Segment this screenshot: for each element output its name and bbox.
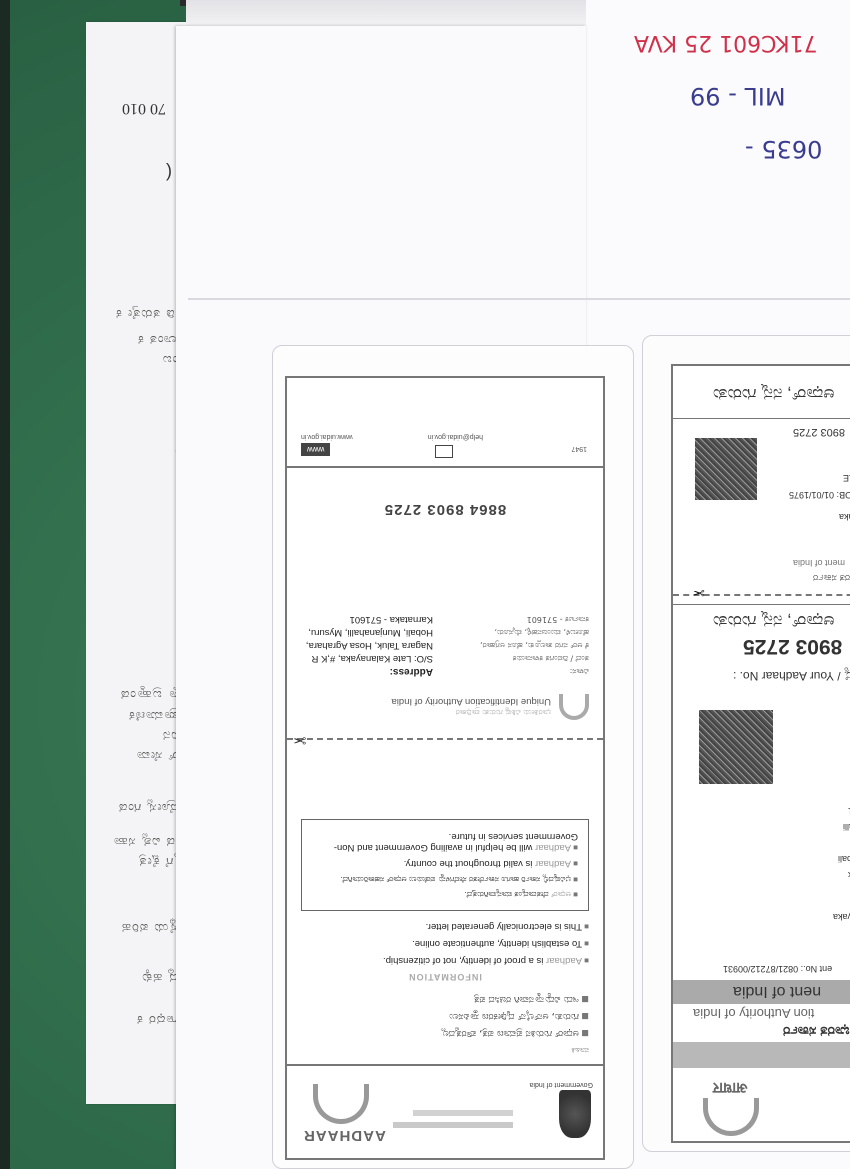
address-label-kannada: ವಿಳಾಸ: — [449, 665, 589, 678]
uidai-kannada: ಭಾರತೀಯ ವಿಶಿಷ್ಟ ಗುರುತು ಪ್ರಾಧಿಕಾರ — [392, 708, 552, 718]
govt-label: Government of India — [530, 1081, 593, 1088]
paper-fold-line — [188, 298, 850, 300]
bullet-text: is valid throughout the country. — [404, 858, 535, 869]
header-bar — [413, 1110, 513, 1116]
aadhaar-letter: Government of India AADHAAR ಮಾಹಿತಿ ಆಧಾರ್… — [272, 345, 634, 1169]
address-line: S/O: Late Kalanayaka, #,K R — [293, 652, 433, 665]
info-bullet: This is electronically generated letter. — [301, 921, 589, 932]
address-line: ತಂದೆ / ದಿವಂಗತ ಕಳಾನಾಯಕ — [449, 652, 589, 665]
address-label: Address: — [390, 666, 433, 677]
card-number-small: 8903 2725 — [793, 426, 845, 438]
help-email: help@uidai.gov.in — [428, 433, 483, 440]
national-emblem-icon — [559, 1090, 591, 1138]
letter-header: Government of India AADHAAR — [287, 1064, 603, 1158]
hindi-logo-text: आधार — [713, 1078, 748, 1098]
aadhaar-number: 8864 8903 2725 — [287, 501, 603, 518]
address-line: ಹೋಬಳಿ, ಮುಂಜನಹಳ್ಳಿ, ಮೈಸೂರು, — [449, 626, 589, 639]
address-kannada: ವಿಳಾಸ: ತಂದೆ / ದಿವಂಗತ ಕಳಾನಾಯಕ ಕೆ ಆರ್ ನಗರ … — [449, 613, 589, 678]
envelope-icon — [435, 445, 453, 458]
aadhaar-card: ಆಧಾರ್, ನನ್ನ ಗುರುತು 8903 2725 DOB: 01/01/… — [642, 335, 850, 1152]
header-band — [673, 1042, 850, 1068]
handwritten-note-blue: MIL - 99 — [690, 82, 786, 110]
aadhaar-logo-text: AADHAAR — [303, 1127, 386, 1144]
brand-text: ಆಧಾರ್ — [551, 890, 571, 899]
address-fragment: nayaka — [833, 912, 850, 922]
box-bullet: Aadhaar will be helpful in availing Gove… — [312, 831, 578, 853]
cut-line: ✂ — [287, 737, 603, 740]
aadhaar-logo-icon — [559, 694, 589, 720]
header-bar — [393, 1122, 513, 1128]
website: www.uidai.gov.in — [301, 433, 353, 440]
uidai-block: ಭಾರತೀಯ ವಿಶಿಷ್ಟ ಗುರುತು ಪ್ರಾಧಿಕಾರ Unique I… — [392, 694, 590, 720]
web-badge: www — [301, 443, 330, 456]
aadhaar-logo-icon — [313, 1084, 369, 1124]
kannada-bullet: ಇದು ವಿದ್ಯುನ್ಮಾನವಾಗಿ ರಚಿಸಿದ ಪತ್ರ — [301, 994, 589, 1005]
address-fragment: Hobali — [838, 854, 850, 864]
info-bullet: Aadhaar is a proof of identity, not of c… — [301, 955, 589, 966]
handwritten-note-red: 71KC601 25 KVA — [634, 30, 818, 55]
kannada-bullet: ಆಧಾರ್ ಗುರುತಿನ ಪ್ರಮಾಣ ಪತ್ರ, ಪೌರತ್ವದಲ್ಲ — [301, 1028, 589, 1039]
brand-text: Aadhaar — [535, 842, 571, 853]
card-gender: LE — [843, 473, 850, 483]
kannada-bullet: ಗುರುತು, ಆನ್‌ಲೈನ್ ದೃಢೀಕರಣ ಸ್ಥಾಪಿಸಲು — [301, 1011, 589, 1022]
your-aadhaar-label: ನಿಮ್ಮ ಆಧಾರ್ ಸಂಖ್ಯೆ / Your Aadhaar No. : — [733, 668, 850, 683]
address-fragment: nahalli — [843, 822, 850, 832]
address-section: ಭಾರತೀಯ ವಿಶಿಷ್ಟ ಗುರುತು ಪ್ರಾಧಿಕಾರ Unique I… — [287, 530, 603, 730]
scanner-edge — [0, 0, 10, 1169]
paper-fold-top — [186, 0, 586, 26]
aadhaar-logo-icon — [703, 1098, 759, 1136]
qr-code — [699, 710, 773, 784]
box-bullet: Aadhaar is valid throughout the country. — [312, 858, 578, 869]
divider — [673, 604, 850, 605]
letter-footer: 1947 help@uidai.gov.in www www.uidai.gov… — [287, 380, 603, 468]
box-bullet: ಭವಿಷ್ಯದಲ್ಲಿ ಸರ್ಕಾರಿ ಹಾಗೂ ಸರ್ಕಾರೇತರ ಸೇವೆಗ… — [312, 874, 578, 884]
card-govt-kannada-big: ಭಾರತ ಸರ್ಕಾರ — [783, 1023, 850, 1040]
brand-text: Aadhaar — [546, 955, 582, 966]
validity-box: ಆಧಾರ್ ದೇಶದಾದ್ಯಂತ ಮಾನ್ಯವಾಗಿರುತ್ತದೆ. ಭವಿಷ್… — [301, 819, 589, 911]
address-line: Nagara Taluk, Hosa Agrahara, — [293, 639, 433, 652]
address-line: ಕರ್ನಾಟಕ - 571601 — [449, 613, 589, 626]
information-section: ಮಾಹಿತಿ ಆಧಾರ್ ಗುರುತಿನ ಪ್ರಮಾಣ ಪತ್ರ, ಪೌರತ್ವ… — [287, 809, 603, 1058]
card-authority: tion Authority of India — [693, 1006, 814, 1021]
page-code: 70 010 — [122, 99, 166, 117]
bullet-text: ಭವಿಷ್ಯದಲ್ಲಿ ಸರ್ಕಾರಿ ಹಾಗೂ ಸರ್ಕಾರೇತರ ಸೇವೆಗ… — [340, 875, 571, 884]
address-line: Karnataka - 571601 — [293, 613, 433, 626]
bullet-text: is a proof of identity, not of citizensh… — [383, 955, 546, 966]
uidai-text: ಭಾರತೀಯ ವಿಶಿಷ್ಟ ಗುರುತು ಪ್ರಾಧಿಕಾರ Unique I… — [392, 697, 552, 718]
card-govt-kannada: ಭಾರತ ಸರ್ಕಾರ — [813, 572, 850, 583]
enrolment-number: ent No.: 0821/87212/00931 — [723, 964, 832, 974]
uidai-english: Unique Identification Authority of India — [392, 697, 552, 708]
handwritten-note-blue: 0635 - — [745, 135, 822, 163]
card-tagline: ಆಧಾರ್, ನನ್ನ ಗುರುತು — [713, 384, 835, 404]
brand-text: Aadhaar — [535, 858, 571, 869]
helpline-number: 1947 — [571, 445, 587, 452]
card-tagline: ಆಧಾರ್, ನನ್ನ ಗುರುತು — [713, 611, 835, 631]
aadhaar-letter-content: Government of India AADHAAR ಮಾಹಿತಿ ಆಧಾರ್… — [285, 376, 605, 1160]
information-title: INFORMATION — [301, 972, 589, 982]
kannada-heading: ಮಾಹಿತಿ — [301, 1045, 589, 1054]
qr-code — [695, 438, 757, 500]
box-bullet: ಆಧಾರ್ ದೇಶದಾದ್ಯಂತ ಮಾನ್ಯವಾಗಿರುತ್ತದೆ. — [312, 889, 578, 899]
card-govt-big: nent of India — [733, 982, 821, 1000]
address-line: ಕೆ ಆರ್ ನಗರ ತಾಲ್ಲೂಕು, ಹೊಸ ಅಗ್ರಹಾರ, — [449, 639, 589, 652]
card-name: ayaka — [839, 512, 850, 522]
address-line: Hobali, Munjanahalli, Mysuru, — [293, 626, 433, 639]
bullet-text: This is electronically generated letter. — [426, 921, 582, 932]
scissors-icon: ✂ — [293, 730, 306, 750]
aadhaar-card-content: ಆಧಾರ್, ನನ್ನ ಗುರುತು 8903 2725 DOB: 01/01/… — [671, 364, 850, 1143]
card-dob: DOB: 01/01/1975 — [789, 490, 850, 500]
info-bullet: To establish identity, authenticate onli… — [301, 938, 589, 949]
page-paren: ( — [166, 162, 172, 183]
scissors-icon: ✂ — [693, 584, 705, 601]
card-number-large: 8903 2725 — [743, 634, 842, 658]
divider — [673, 418, 850, 419]
address-english: Address: S/O: Late Kalanayaka, #,K R Nag… — [293, 613, 433, 678]
bullet-text: To establish identity, authenticate onli… — [412, 938, 582, 949]
bullet-text: ದೇಶದಾದ್ಯಂತ ಮಾನ್ಯವಾಗಿರುತ್ತದೆ. — [464, 890, 550, 899]
card-govt: ment of India — [793, 558, 845, 568]
